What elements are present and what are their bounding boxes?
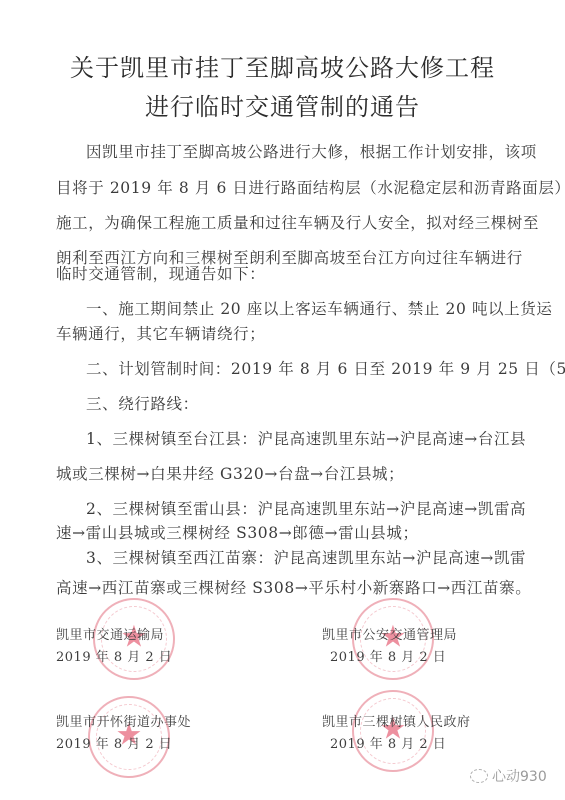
route-3-line: 3、三棵树镇至西江苗寨：沪昆高速凯里东站→沪昆高速→凯雷 — [86, 546, 526, 568]
body-line: 目将于 2019 年 8 月 6 日进行路面结构层（水泥稳定层和沥青路面层） — [56, 176, 565, 198]
route-2-line: 速→雷山县城或三棵树经 S308→郎德→雷山县城； — [56, 521, 419, 543]
route-2-line: 2、三棵树镇至雷山县：沪昆高速凯里东站→沪昆高速→凯雷高 — [86, 497, 526, 519]
route-3-line: 高速→西江苗寨或三棵树经 S308→平乐村小新寨路口→西江苗寨。 — [56, 576, 531, 598]
clause-1-line: 一、施工期间禁止 20 座以上客运车辆通行、禁止 20 吨以上货运 — [86, 297, 552, 319]
notice-title-line-1: 关于凯里市挂丁至脚高坡公路大修工程 — [0, 48, 565, 83]
clause-3-heading: 三、绕行路线： — [86, 392, 199, 414]
clause-1-line: 车辆通行，其它车辆请绕行； — [56, 322, 265, 344]
signature-date: 2019 年 8 月 2 日 — [56, 646, 172, 665]
signature-org: 凯里市三棵树镇人民政府 — [322, 711, 471, 730]
signature-org: 凯里市开怀街道办事处 — [56, 711, 191, 730]
body-line: 临时交通管制，现通告如下： — [56, 262, 265, 284]
signature-org: 凯里市交通运输局 — [56, 624, 164, 643]
watermark: 心动930 — [470, 766, 547, 786]
signature-date: 2019 年 8 月 2 日 — [330, 733, 446, 752]
route-1-line: 城或三棵树→白果井经 G320→台盘→台江县城； — [56, 462, 404, 484]
clause-2-line: 二、计划管制时间：2019 年 8 月 6 日至 2019 年 9 月 25 日… — [86, 357, 565, 379]
signature-org: 凯里市公安交通管理局 — [322, 624, 457, 643]
route-1-line: 1、三棵树镇至台江县：沪昆高速凯里东站→沪昆高速→台江县 — [86, 427, 526, 449]
wechat-icon — [470, 769, 488, 783]
body-line: 施工，为确保工程施工质量和过往车辆及行人安全，拟对经三棵树至 — [56, 211, 539, 233]
signature-date: 2019 年 8 月 2 日 — [56, 733, 172, 752]
signature-date: 2019 年 8 月 2 日 — [330, 646, 446, 665]
body-line: 因凯里市挂丁至脚高坡公路进行大修，根据工作计划安排，该项 — [86, 140, 537, 162]
notice-title-line-2: 进行临时交通管制的通告 — [0, 87, 565, 122]
official-stamp-sankeshu-gov: ★ — [352, 690, 434, 772]
watermark-text: 心动930 — [492, 766, 547, 786]
